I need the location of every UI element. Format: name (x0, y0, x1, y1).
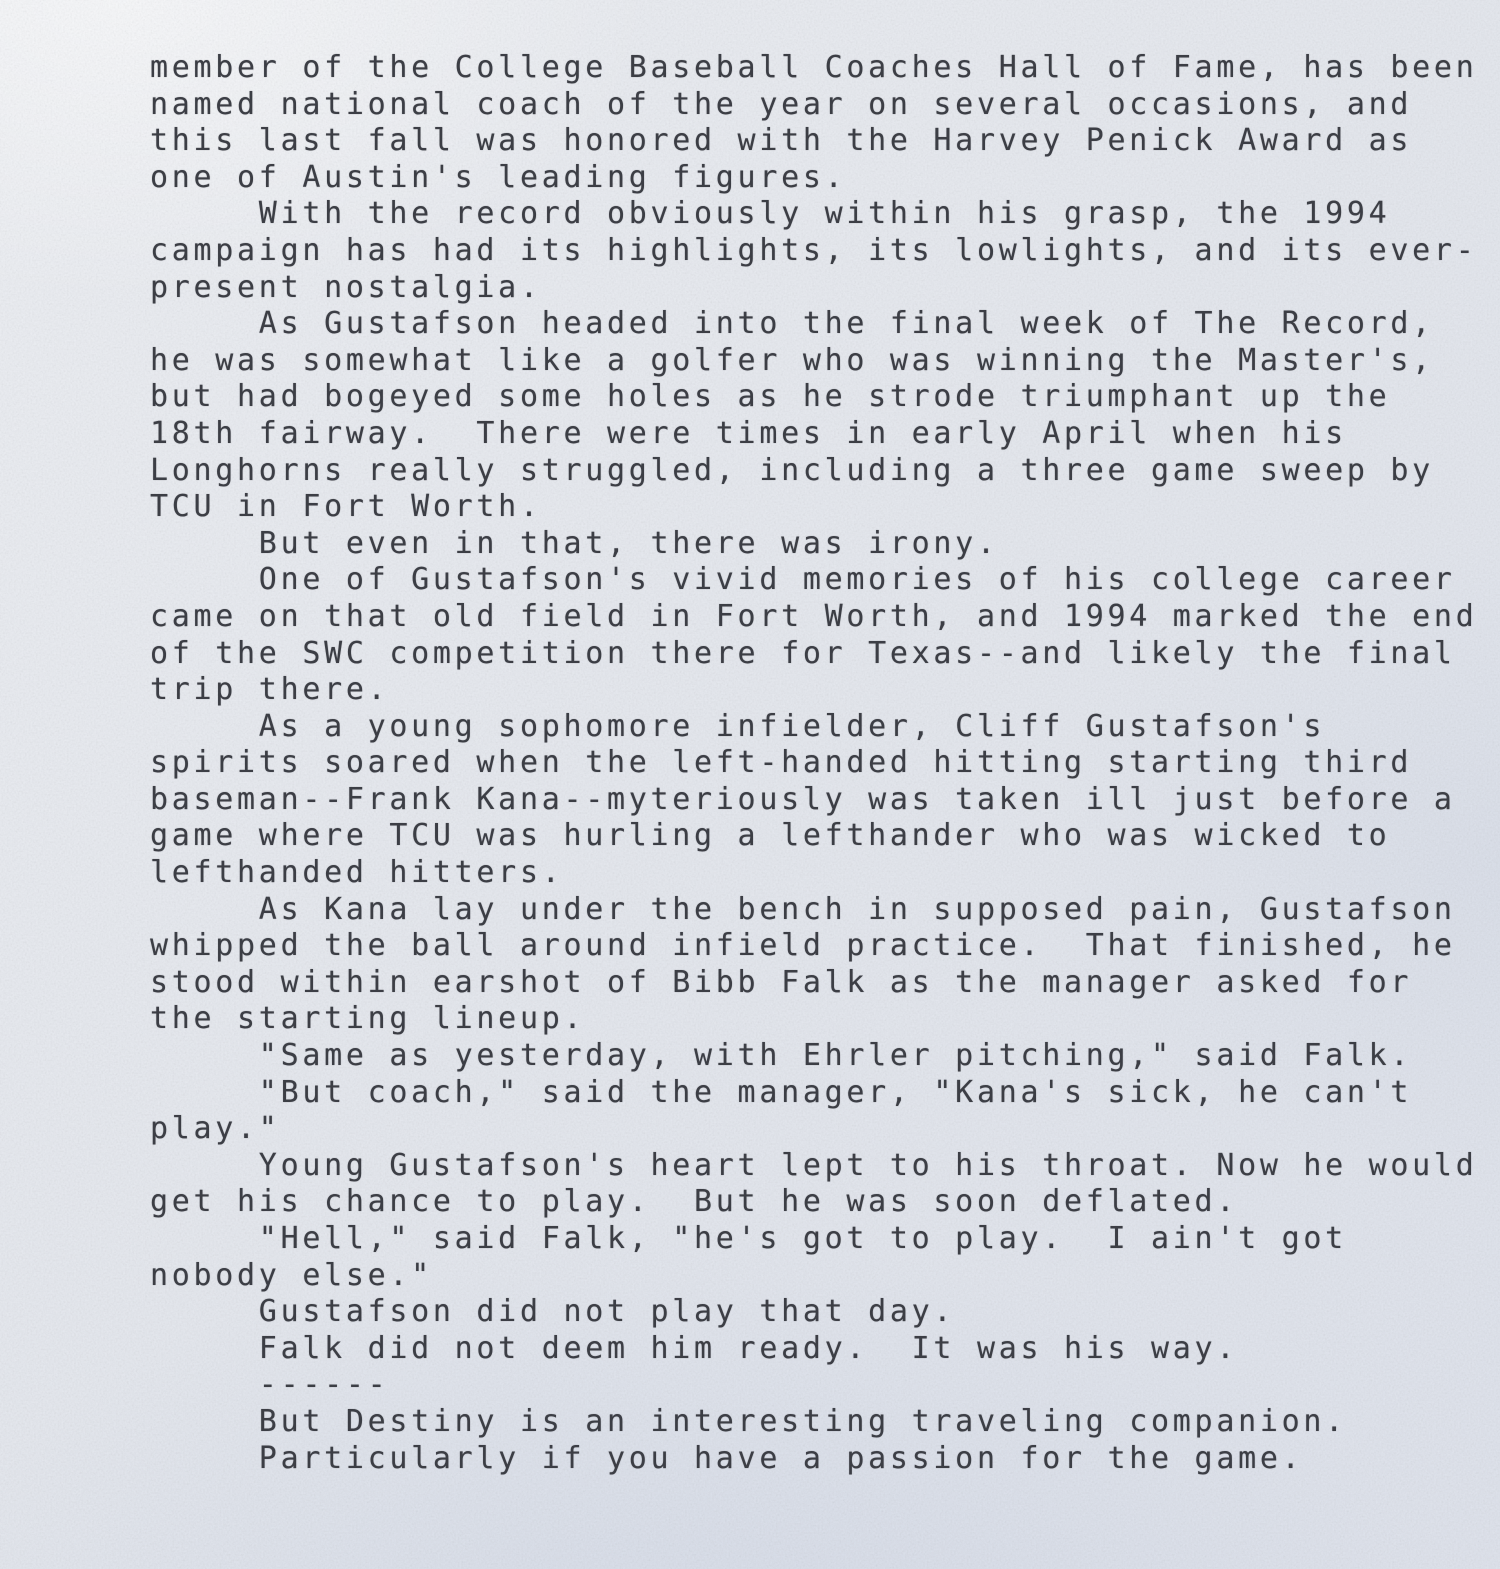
text-line: spirits soared when the left-handed hitt… (150, 745, 1477, 782)
text-line: lefthanded hitters. (150, 855, 1477, 892)
text-line: ------ (150, 1367, 1477, 1404)
text-line: With the record obviously within his gra… (150, 196, 1477, 233)
text-line: named national coach of the year on seve… (150, 87, 1477, 124)
text-line: One of Gustafson's vivid memories of his… (150, 562, 1477, 599)
text-line: member of the College Baseball Coaches H… (150, 50, 1477, 87)
scanned-page: member of the College Baseball Coaches H… (0, 0, 1500, 1569)
text-line: "But coach," said the manager, "Kana's s… (150, 1075, 1477, 1112)
text-line: one of Austin's leading figures. (150, 160, 1477, 197)
text-line: whipped the ball around infield practice… (150, 928, 1477, 965)
text-line: but had bogeyed some holes as he strode … (150, 379, 1477, 416)
text-line: Falk did not deem him ready. It was his … (150, 1331, 1477, 1368)
text-line: Gustafson did not play that day. (150, 1294, 1477, 1331)
text-line: he was somewhat like a golfer who was wi… (150, 343, 1477, 380)
text-line: "Same as yesterday, with Ehrler pitching… (150, 1038, 1477, 1075)
text-line: campaign has had its highlights, its low… (150, 233, 1477, 270)
text-line: But even in that, there was irony. (150, 526, 1477, 563)
text-line: baseman--Frank Kana--myteriously was tak… (150, 782, 1477, 819)
text-line: trip there. (150, 672, 1477, 709)
text-line: present nostalgia. (150, 270, 1477, 307)
text-line: stood within earshot of Bibb Falk as the… (150, 965, 1477, 1002)
text-line: of the SWC competition there for Texas--… (150, 636, 1477, 673)
text-line: Young Gustafson's heart lept to his thro… (150, 1148, 1477, 1185)
text-line: play." (150, 1111, 1477, 1148)
text-line: the starting lineup. (150, 1001, 1477, 1038)
text-line: But Destiny is an interesting traveling … (150, 1404, 1477, 1441)
text-line: Longhorns really struggled, including a … (150, 453, 1477, 490)
typewritten-text: member of the College Baseball Coaches H… (150, 50, 1477, 1477)
text-line: nobody else." (150, 1258, 1477, 1295)
text-line: this last fall was honored with the Harv… (150, 123, 1477, 160)
text-line: Particularly if you have a passion for t… (150, 1441, 1477, 1478)
text-line: game where TCU was hurling a lefthander … (150, 818, 1477, 855)
text-line: As a young sophomore infielder, Cliff Gu… (150, 709, 1477, 746)
text-line: get his chance to play. But he was soon … (150, 1184, 1477, 1221)
text-line: came on that old field in Fort Worth, an… (150, 599, 1477, 636)
text-line: As Gustafson headed into the final week … (150, 306, 1477, 343)
text-line: As Kana lay under the bench in supposed … (150, 892, 1477, 929)
text-line: "Hell," said Falk, "he's got to play. I … (150, 1221, 1477, 1258)
text-line: 18th fairway. There were times in early … (150, 416, 1477, 453)
text-line: TCU in Fort Worth. (150, 489, 1477, 526)
